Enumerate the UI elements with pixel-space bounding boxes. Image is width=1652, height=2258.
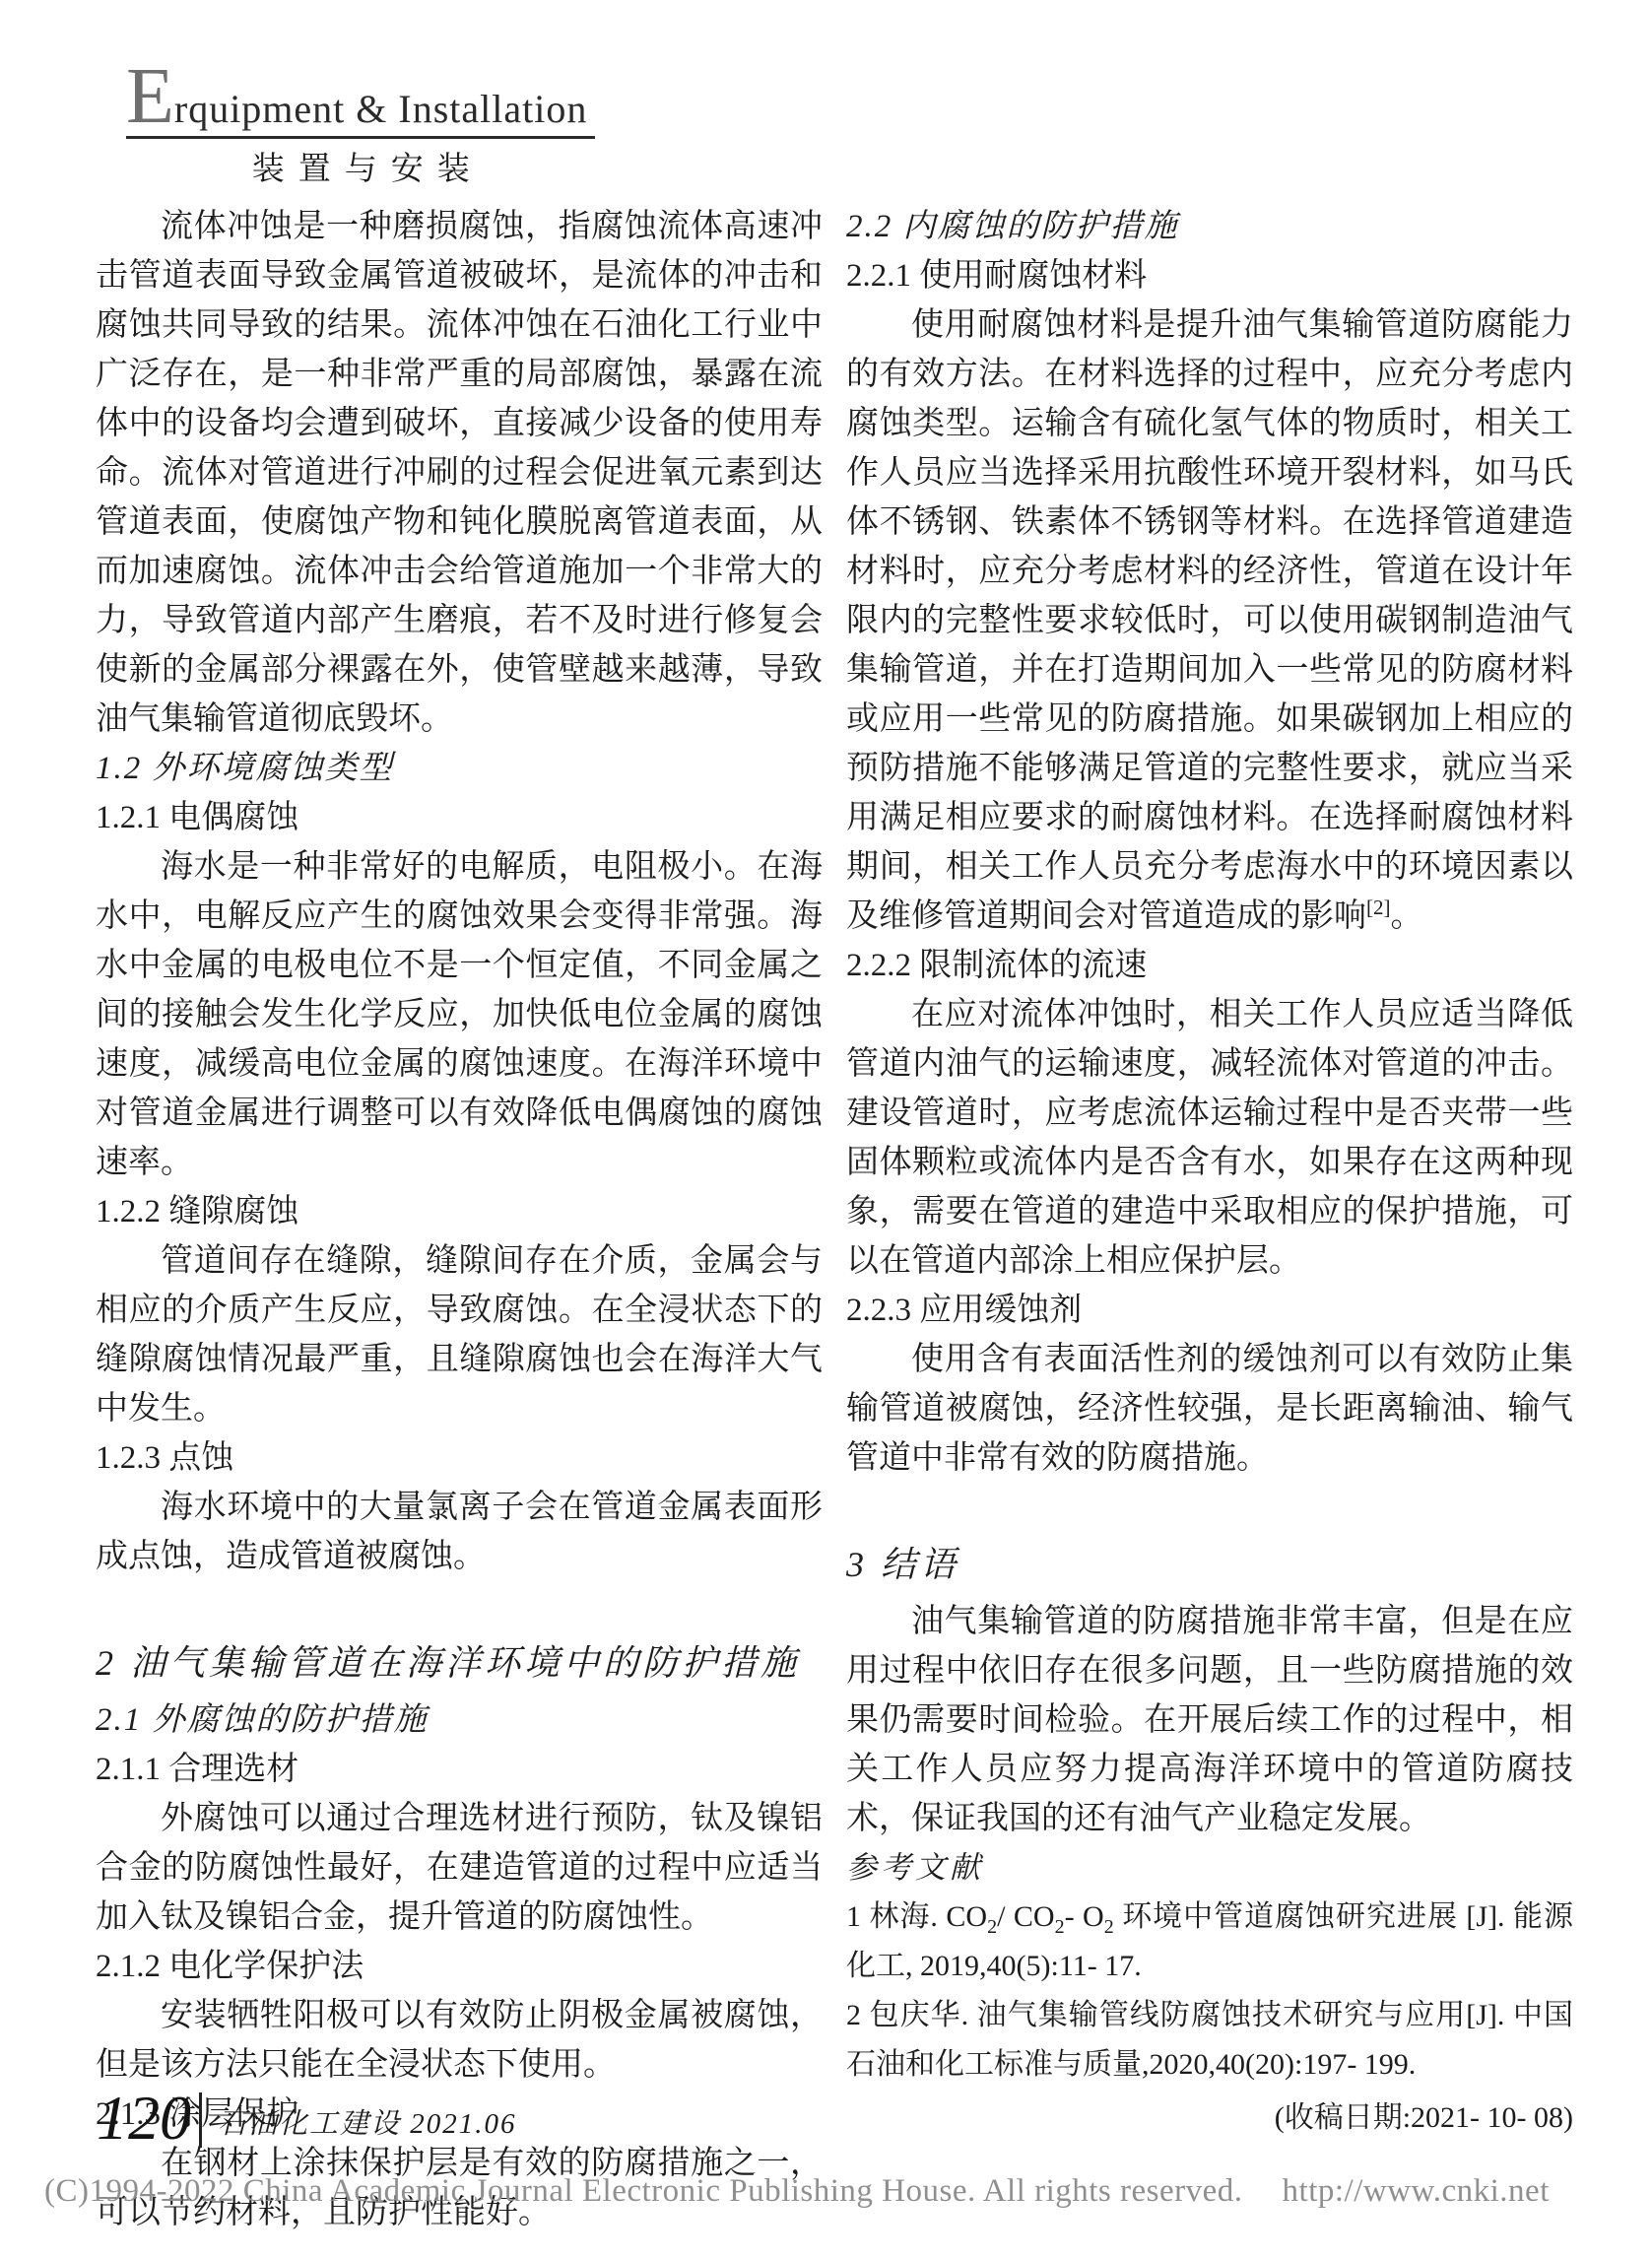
para-corrosion-resistant-material: 使用耐腐蚀材料是提升油气集输管道防腐能力的有效方法。在材料选择的过程中，应充分考… xyxy=(846,300,1573,941)
para-tail-text: 。 xyxy=(1391,898,1423,934)
copyright-line: (C)1994-2022 China Academic Journal Elec… xyxy=(44,2173,1620,2210)
para-electrochemical: 安装牺牲阳极可以有效防止阴极金属被腐蚀，但是该方法只能在全浸状态下使用。 xyxy=(96,1991,823,2090)
ref1-text: / CO xyxy=(997,1900,1055,1933)
reference-1: 1 林海. CO2/ CO2- O2 环境中管道腐蚀研究进展 [J]. 能源化工… xyxy=(846,1893,1573,1991)
heading-1-2-1: 1.2.1 电偶腐蚀 xyxy=(96,793,823,842)
ref1-subscript: 2 xyxy=(987,1916,997,1938)
copyright-text: (C)1994-2022 China Academic Journal Elec… xyxy=(44,2173,1243,2209)
heading-2-2-2: 2.2.2 限制流体的流速 xyxy=(846,941,1573,990)
citation-superscript: [2] xyxy=(1366,896,1391,919)
page-number: 120 xyxy=(97,2087,191,2150)
page-header: Erquipment & Installation 装置与安装 xyxy=(126,57,595,189)
journal-name: 石油化工建设 2021.06 xyxy=(218,2101,517,2150)
para-main-text: 使用耐腐蚀材料是提升油气集输管道防腐能力的有效方法。在材料选择的过程中，应充分考… xyxy=(846,307,1573,934)
received-date: (收稿日期:2021- 10- 08) xyxy=(846,2093,1573,2143)
left-column: 流体冲蚀是一种磨损腐蚀，指腐蚀流体高速冲击管道表面导致金属管道被破坏，是流体的冲… xyxy=(96,202,823,2237)
para-inhibitor: 使用含有表面活性剂的缓蚀剂可以有效防止集输管道被腐蚀，经济性较强，是长距离输油、… xyxy=(846,1335,1573,1483)
journal-page: Erquipment & Installation 装置与安装 流体冲蚀是一种磨… xyxy=(0,0,1652,2258)
heading-1-2-2: 1.2.2 缝隙腐蚀 xyxy=(96,1187,823,1236)
right-column: 2.2 内腐蚀的防护措施 2.2.1 使用耐腐蚀材料 使用耐腐蚀材料是提升油气集… xyxy=(846,202,1573,2143)
ref1-text: 1 林海. CO xyxy=(846,1900,987,1933)
heading-2-1: 2.1 外腐蚀的防护措施 xyxy=(96,1695,823,1745)
para-flow-velocity: 在应对流体冲蚀时，相关工作人员应适当降低管道内油气的运输速度，减轻流体对管道的冲… xyxy=(846,990,1573,1286)
ref1-subscript: 2 xyxy=(1104,1916,1114,1938)
references-title: 参考文献 xyxy=(846,1843,1573,1893)
heading-1-2: 1.2 外环境腐蚀类型 xyxy=(96,744,823,793)
heading-2-2-3: 2.2.3 应用缓蚀剂 xyxy=(846,1286,1573,1335)
page-number-divider xyxy=(199,2092,202,2148)
ref1-text: - O xyxy=(1065,1900,1104,1933)
column-logo: Erquipment & Installation xyxy=(126,57,595,139)
logo-english-title: rquipment & Installation xyxy=(174,87,588,131)
para-fluid-erosion: 流体冲蚀是一种磨损腐蚀，指腐蚀流体高速冲击管道表面导致金属管道被破坏，是流体的冲… xyxy=(96,202,823,744)
heading-2-2-1: 2.2.1 使用耐腐蚀材料 xyxy=(846,251,1573,300)
para-pitting: 海水环境中的大量氯离子会在管道金属表面形成点蚀，造成管道被腐蚀。 xyxy=(96,1483,823,1581)
ref1-subscript: 2 xyxy=(1055,1916,1065,1938)
heading-2-1-1: 2.1.1 合理选材 xyxy=(96,1745,823,1794)
heading-section-2: 2 油气集输管道在海洋环境中的防护措施 xyxy=(96,1638,823,1688)
cnki-url: http://www.cnki.net xyxy=(1283,2173,1550,2209)
reference-2: 2 包庆华. 油气集输管线防腐蚀技术研究与应用[J]. 中国石油和化工标准与质量… xyxy=(846,1991,1573,2090)
page-footer: 120 石油化工建设 2021.06 xyxy=(97,2087,517,2150)
logo-initial-letter: E xyxy=(126,53,174,140)
article-body: 流体冲蚀是一种磨损腐蚀，指腐蚀流体高速冲击管道表面导致金属管道被破坏，是流体的冲… xyxy=(96,202,1573,2237)
heading-section-3: 3 结语 xyxy=(846,1540,1573,1589)
heading-2-1-2: 2.1.2 电化学保护法 xyxy=(96,1942,823,1991)
heading-1-2-3: 1.2.3 点蚀 xyxy=(96,1433,823,1483)
para-crevice-corrosion: 管道间存在缝隙，缝隙间存在介质，金属会与相应的介质产生反应，导致腐蚀。在全浸状态… xyxy=(96,1236,823,1433)
logo-chinese-title: 装置与安装 xyxy=(126,143,595,189)
para-material-selection: 外腐蚀可以通过合理选材进行预防，钛及镍铝合金的防腐蚀性最好，在建造管道的过程中应… xyxy=(96,1794,823,1942)
para-conclusion: 油气集输管道的防腐措施非常丰富，但是在应用过程中依旧存在很多问题，且一些防腐措施… xyxy=(846,1597,1573,1843)
para-galvanic-corrosion: 海水是一种非常好的电解质，电阻极小。在海水中，电解反应产生的腐蚀效果会变得非常强… xyxy=(96,842,823,1187)
heading-2-2: 2.2 内腐蚀的防护措施 xyxy=(846,202,1573,251)
